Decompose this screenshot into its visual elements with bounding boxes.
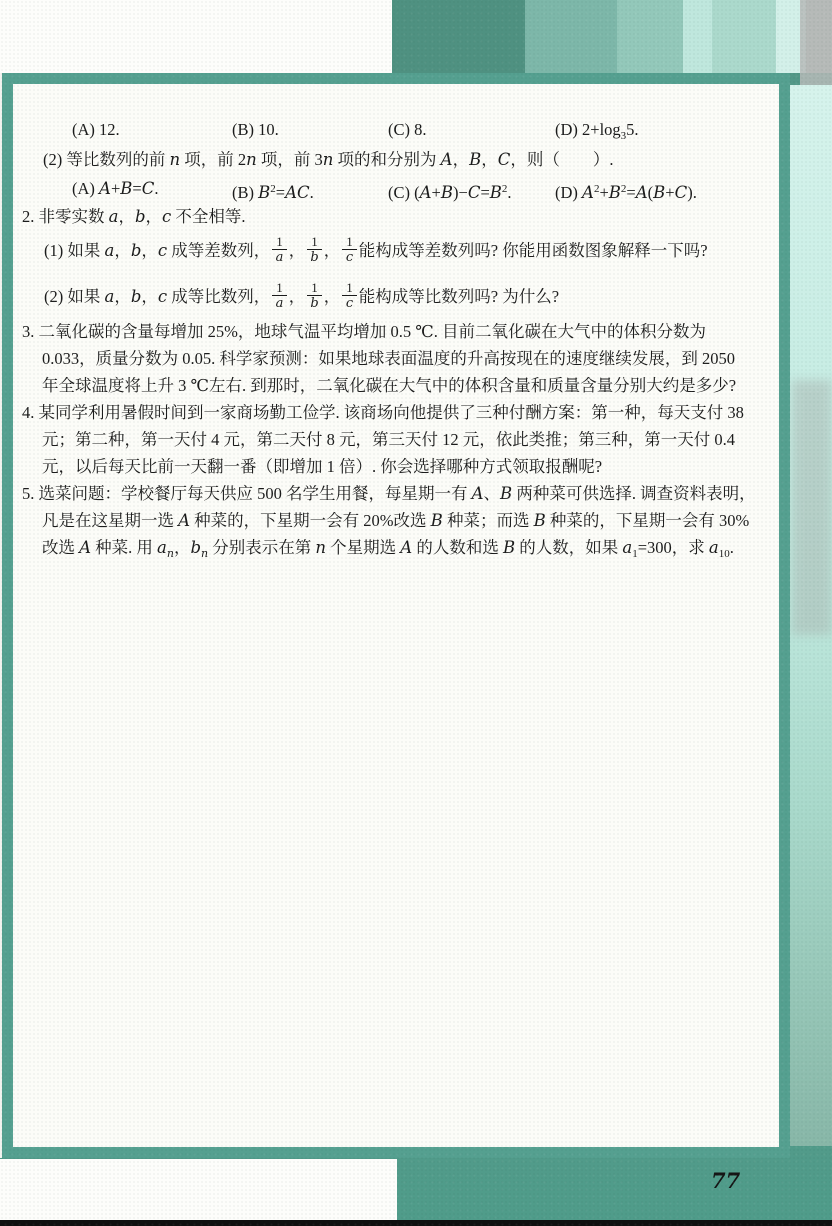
text-segment: ， [324, 287, 341, 306]
fraction-numerator: 1 [307, 280, 322, 296]
math-variable: A [178, 511, 190, 530]
math-variable: A [99, 179, 111, 198]
text-segment: ， [118, 207, 135, 226]
text-segment: 项，前 2 [180, 150, 246, 169]
fraction-numerator: 1 [342, 280, 357, 296]
text-segment: =300，求 [638, 538, 709, 557]
text-segment: 项的和分别为 [333, 150, 440, 169]
top-left-white-block [0, 0, 392, 73]
text-segment: (A) [72, 179, 99, 198]
page-number: 77 [711, 1168, 740, 1193]
option-item: (A) A+B=C. [72, 177, 158, 201]
text-segment: ， [481, 150, 498, 169]
text-segment: 3. 二氧化碳的含量每增加 25%，地球气温平均增加 0.5 ℃. 目前二氧化碳… [22, 322, 706, 341]
math-variable: B [120, 179, 132, 198]
text-segment: (D) 2+log [555, 120, 621, 139]
text-segment: (A) 12. [72, 120, 120, 139]
text-segment: 分别表示在第 [208, 538, 315, 557]
problem3-line3: 年全球温度将上升 3 ℃左右. 到那时，二氧化碳在大气中的体积含量和质量含量分别… [42, 374, 736, 398]
math-variable: b [131, 287, 142, 306]
fraction: 1b [307, 280, 322, 312]
text-segment: 成等比数列， [167, 287, 270, 306]
text-segment: 0.033，质量分数为 0.05. 科学家预测：如果地球表面温度的升高按现在的速… [42, 349, 735, 368]
text-segment: 2. 非零实数 [22, 207, 109, 226]
problem5-line3: 改选 A 种菜. 用 an，bn 分别表示在第 n 个星期选 A 的人数和选 B… [42, 536, 734, 566]
text-segment: 个星期选 [326, 538, 400, 557]
stripe [712, 0, 776, 73]
text-segment: 能构成等差数列吗? 你能用函数图象解释一下吗? [359, 241, 708, 260]
option-item: (A) 12. [72, 118, 120, 142]
text-segment: 成等差数列， [167, 241, 270, 260]
stripe [392, 0, 525, 73]
text-segment: ， [146, 207, 163, 226]
math-variable: n [170, 150, 181, 169]
math-variable: a [709, 538, 719, 557]
problem5-line2: 凡是在这星期一选 A 种菜的，下星期一会有 20%改选 B 种菜；而选 B 种菜… [42, 509, 749, 533]
stripe [525, 0, 617, 73]
text-segment: + [599, 183, 608, 202]
problem2-q1: (1) 如果 a，b，c 成等差数列，1a，1b，1c能构成等差数列吗? 你能用… [44, 228, 708, 274]
text-segment: ， [141, 287, 158, 306]
math-variable: c [158, 241, 167, 260]
problem3-line2: 0.033，质量分数为 0.05. 科学家预测：如果地球表面温度的升高按现在的速… [42, 347, 735, 371]
fraction: 1b [307, 234, 322, 266]
text-segment: 种菜. 用 [91, 538, 157, 557]
problem4-line2: 元；第二种，第一天付 4 元，第二天付 8 元，第三天付 12 元，依此类推；第… [42, 428, 735, 452]
math-variable: b [135, 207, 146, 226]
math-variable: A [420, 183, 432, 202]
option-item: (D) 2+log35. [555, 118, 639, 148]
text-segment: ). [687, 183, 697, 202]
option-item: (D) A2+B2=A(B+C). [555, 177, 697, 205]
fraction-numerator: 1 [307, 234, 322, 250]
fraction: 1a [272, 234, 287, 266]
text-segment: )− [453, 183, 468, 202]
math-variable: A [582, 183, 594, 202]
problem4-line3: 元，以后每天比前一天翻一番（即增加 1 倍）. 你会选择哪种方式领取报酬呢? [42, 455, 602, 479]
textbook-page: (A) 12.(B) 10.(C) 8.(D) 2+log35.(2) 等比数列… [2, 73, 790, 1158]
text-segment: (B) [232, 183, 258, 202]
fraction-numerator: 1 [272, 280, 287, 296]
text-segment: = [626, 183, 635, 202]
text-segment: 不全相等. [171, 207, 245, 226]
text-segment: (C) ( [388, 183, 420, 202]
math-variable: AC [285, 183, 310, 202]
text-segment: = [132, 179, 141, 198]
text-segment: (D) [555, 183, 582, 202]
text-segment: ， [289, 241, 306, 260]
text-segment: 的人数，如果 [515, 538, 622, 557]
problem1-part2-stem: (2) 等比数列的前 n 项，前 2n 项，前 3n 项的和分别为 A，B，C，… [43, 148, 613, 172]
math-variable: B [431, 511, 443, 530]
math-variable: b [190, 538, 201, 557]
text-segment: = [276, 183, 285, 202]
option-item: (B) B2=AC. [232, 177, 314, 205]
text-segment: ， [141, 241, 158, 260]
scanned-textbook-page: (A) 12.(B) 10.(C) 8.(D) 2+log35.(2) 等比数列… [0, 0, 832, 1226]
text-segment: ， [114, 287, 131, 306]
problem2-intro: 2. 非零实数 a，b，c 不全相等. [22, 205, 246, 229]
fraction-denominator: a [272, 250, 287, 266]
option-item: (C) 8. [388, 118, 427, 142]
option-item: (B) 10. [232, 118, 279, 142]
text-segment: 项，前 3 [257, 150, 323, 169]
problem4-line1: 4. 某同学利用暑假时间到一家商场勤工俭学. 该商场向他提供了三种付酬方案：第一… [22, 401, 744, 425]
text-segment: ，则（ ）. [510, 150, 613, 169]
text-segment: (2) 如果 [44, 287, 105, 306]
fraction-denominator: b [307, 250, 322, 266]
math-variable: A [472, 484, 484, 503]
text-segment: (1) 如果 [44, 241, 105, 260]
right-edge-grey-patch [792, 380, 832, 635]
text-segment: 的人数和选 [412, 538, 503, 557]
fraction-numerator: 1 [342, 234, 357, 250]
text-segment: + [665, 183, 674, 202]
text-segment: + [432, 183, 441, 202]
math-variable: B [534, 511, 546, 530]
math-variable: a [105, 241, 115, 260]
math-variable: n [323, 150, 334, 169]
math-variable: C [675, 183, 688, 202]
math-variable: C [468, 183, 481, 202]
text-segment: 能构成等比数列吗? 为什么? [359, 287, 559, 306]
text-segment: ， [453, 150, 470, 169]
text-segment: ， [114, 241, 131, 260]
text-segment: 5. [626, 120, 638, 139]
math-variable: B [490, 183, 502, 202]
math-variable: c [158, 287, 167, 306]
math-variable: B [500, 484, 512, 503]
text-segment: 元；第二种，第一天付 4 元，第二天付 8 元，第三天付 12 元，依此类推；第… [42, 430, 735, 449]
fraction-denominator: c [342, 250, 357, 266]
fraction-denominator: b [307, 296, 322, 312]
stripe [683, 0, 712, 73]
text-segment: 元，以后每天比前一天翻一番（即增加 1 倍）. 你会选择哪种方式领取报酬呢? [42, 457, 602, 476]
text-segment: n [167, 547, 174, 560]
math-variable: n [246, 150, 257, 169]
fraction: 1c [342, 280, 357, 312]
text-segment: 凡是在这星期一选 [42, 511, 178, 530]
math-variable: A [441, 150, 453, 169]
fraction-denominator: a [272, 296, 287, 312]
text-segment: 种菜；而选 [443, 511, 534, 530]
math-variable: B [441, 183, 453, 202]
math-variable: B [503, 538, 515, 557]
math-variable: A [636, 183, 648, 202]
math-variable: b [131, 241, 142, 260]
text-segment: (2) 等比数列的前 [43, 150, 170, 169]
math-variable: C [498, 150, 511, 169]
text-segment: (B) 10. [232, 120, 279, 139]
math-variable: a [157, 538, 167, 557]
math-variable: a [105, 287, 115, 306]
math-variable: A [79, 538, 91, 557]
math-variable: c [162, 207, 171, 226]
text-segment: + [111, 179, 120, 198]
text-segment: . [730, 538, 734, 557]
fraction: 1c [342, 234, 357, 266]
bottom-left-white-block [0, 1159, 397, 1220]
top-right-stripe-pattern [392, 0, 832, 73]
text-segment: . [154, 179, 158, 198]
problem2-q2: (2) 如果 a，b，c 成等比数列，1a，1b，1c能构成等比数列吗? 为什么… [44, 274, 559, 320]
text-segment: . [310, 183, 314, 202]
fraction-denominator: c [342, 296, 357, 312]
text-segment: ， [324, 241, 341, 260]
page-content: (A) 12.(B) 10.(C) 8.(D) 2+log35.(2) 等比数列… [13, 84, 779, 1147]
stripe [617, 0, 683, 73]
option-item: (C) (A+B)−C=B2. [388, 177, 512, 205]
text-segment: 10 [719, 548, 730, 560]
math-variable: B [653, 183, 665, 202]
text-segment: 4. 某同学利用暑假时间到一家商场勤工俭学. 该商场向他提供了三种付酬方案：第一… [22, 403, 744, 422]
text-segment: 两种菜可供选择. 调查资料表明， [512, 484, 755, 503]
problem5-line1: 5. 选菜问题：学校餐厅每天供应 500 名学生用餐，每星期一有 A、B 两种菜… [22, 482, 756, 506]
text-segment: 种菜的，下星期一会有 20%改选 [190, 511, 431, 530]
text-segment: 年全球温度将上升 3 ℃左右. 到那时，二氧化碳在大气中的体积含量和质量含量分别… [42, 376, 736, 395]
text-segment: 改选 [42, 538, 79, 557]
math-variable: a [622, 538, 632, 557]
text-segment: . [507, 183, 511, 202]
fraction-numerator: 1 [272, 234, 287, 250]
text-segment: 种菜的，下星期一会有 30% [546, 511, 750, 530]
math-variable: n [315, 538, 326, 557]
math-variable: A [400, 538, 412, 557]
text-segment: 、 [484, 484, 501, 503]
math-variable: B [609, 183, 621, 202]
math-variable: C [142, 179, 155, 198]
math-variable: B [258, 183, 270, 202]
text-segment: = [480, 183, 489, 202]
text-segment: ， [289, 287, 306, 306]
text-segment: 5. 选菜问题：学校餐厅每天供应 500 名学生用餐，每星期一有 [22, 484, 472, 503]
math-variable: B [469, 150, 481, 169]
problem3-line1: 3. 二氧化碳的含量每增加 25%，地球气温平均增加 0.5 ℃. 目前二氧化碳… [22, 320, 706, 344]
text-segment: ， [174, 538, 191, 557]
text-segment: (C) 8. [388, 120, 427, 139]
fraction: 1a [272, 280, 287, 312]
math-variable: a [109, 207, 119, 226]
bottom-black-edge [0, 1220, 832, 1226]
